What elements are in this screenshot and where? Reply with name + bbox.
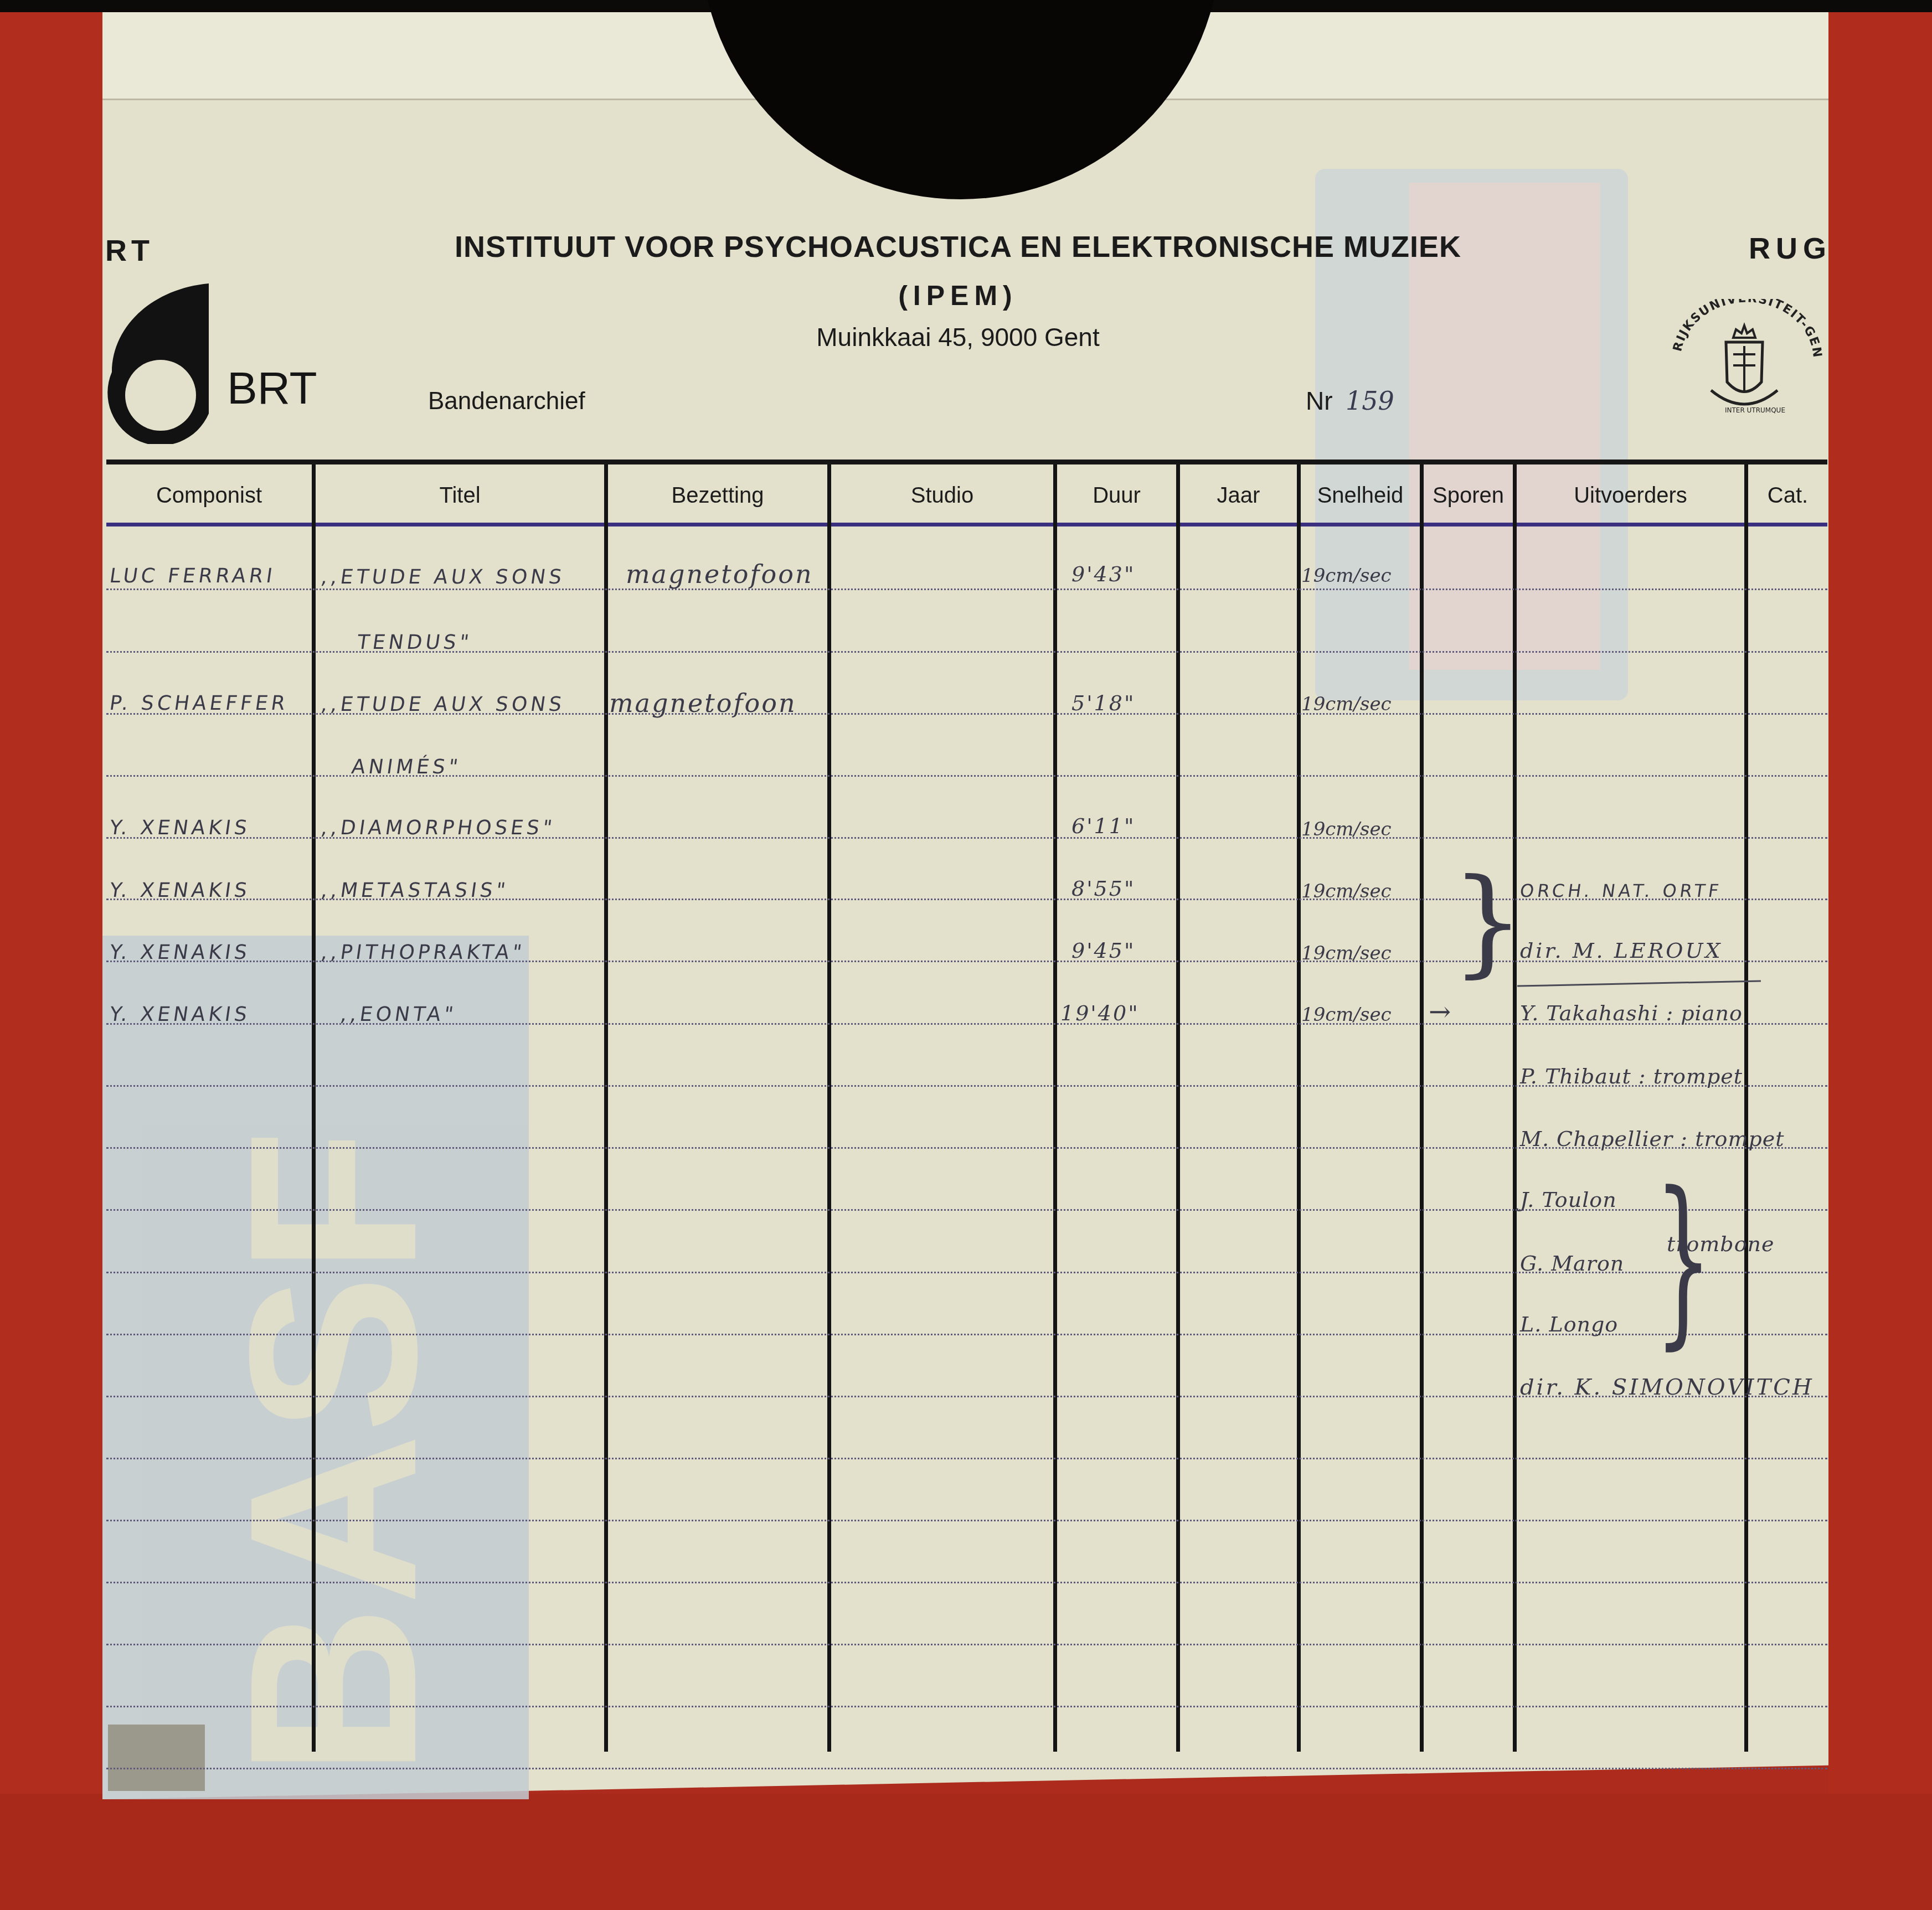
cell-componist: LUC FERRARI	[108, 565, 277, 587]
cell-snelheid: 19cm/sec	[1301, 693, 1392, 715]
column-header-sporen: Sporen	[1424, 483, 1513, 508]
box-edge-left	[0, 0, 102, 1910]
cell-titel: ,,ETUDE AUX SONS	[320, 693, 566, 716]
cell-titel: ,,DIAMORPHOSES"	[320, 817, 557, 839]
cell-uitvoerders: dir. K. SIMONOVITCH	[1520, 1375, 1814, 1400]
cell-snelheid: 19cm/sec	[1301, 818, 1392, 840]
cell-duur: 6'11"	[1071, 814, 1135, 838]
cell-uitvoerders: M. Chapellier : trompet	[1520, 1127, 1785, 1151]
ruled-line	[106, 1706, 1827, 1707]
column-header-componist: Componist	[106, 483, 312, 508]
ruled-line	[106, 1644, 1827, 1645]
cell-titel: TENDUS"	[356, 631, 473, 654]
cell-duur: 9'43"	[1071, 562, 1135, 586]
trombone-brace: }	[1654, 1168, 1712, 1351]
column-header-snelheid: Snelheid	[1301, 483, 1420, 508]
column-divider	[1176, 464, 1180, 1752]
ruled-line	[106, 1520, 1827, 1521]
ruled-line	[106, 1458, 1827, 1459]
cell-uitvoerders: P. Thibaut : trompet	[1520, 1064, 1743, 1088]
cell-titel: ,,ETUDE AUX SONS	[320, 566, 566, 589]
cell-snelheid: 19cm/sec	[1301, 565, 1392, 587]
cell-snelheid: 19cm/sec	[1301, 1004, 1392, 1026]
tape-stain	[108, 1725, 205, 1791]
cell-bezetting: magnetofoon	[609, 688, 797, 718]
cell-duur: 19'40"	[1060, 1001, 1140, 1025]
institute-abbreviation: (IPEM)	[764, 280, 1152, 312]
cell-titel: ,,METASTASIS"	[320, 879, 510, 902]
cell-duur: 5'18"	[1071, 691, 1135, 715]
column-divider	[1744, 464, 1748, 1752]
arrow: →	[1429, 997, 1452, 1028]
cell-uitvoerders: Y. Takahashi : piano	[1520, 1001, 1743, 1025]
column-header-uitvoerders: Uitvoerders	[1517, 483, 1744, 508]
cell-componist: Y. XENAKIS	[108, 879, 251, 902]
brt-logo-icon	[106, 283, 212, 444]
column-divider	[1053, 464, 1057, 1752]
cell-uitvoerders: ORCH. NAT. ORTF	[1518, 880, 1723, 901]
column-header-cat: Cat.	[1748, 483, 1827, 508]
cell-snelheid: 19cm/sec	[1301, 880, 1392, 902]
ghost-brand-text: BASF	[197, 1129, 470, 1777]
cell-uitvoerders: G. Maron	[1520, 1251, 1624, 1276]
column-divider	[1297, 464, 1301, 1752]
column-divider	[312, 464, 316, 1752]
university-seal-icon: RIJKSUNIVERSITEIT-GENT INTER UTRUMQUE	[1664, 299, 1825, 426]
cell-titel: ANIMÉS"	[350, 756, 462, 778]
trombone-label: trombone	[1667, 1232, 1775, 1256]
corner-label-right: RUG	[1749, 231, 1832, 266]
ghost-brand-panel: BASF	[102, 936, 529, 1799]
broadcaster-name: BRT	[227, 363, 317, 415]
table-header-rule	[106, 460, 1827, 464]
column-divider	[1513, 464, 1517, 1752]
column-divider	[827, 464, 831, 1752]
svg-text:INTER UTRUMQUE: INTER UTRUMQUE	[1725, 406, 1785, 414]
column-header-studio: Studio	[831, 483, 1053, 508]
number-value: 159	[1346, 386, 1394, 416]
group-brace: }	[1451, 864, 1525, 980]
column-header-jaar: Jaar	[1180, 483, 1297, 508]
cell-duur: 8'55"	[1071, 876, 1135, 901]
ruled-line	[106, 1768, 1827, 1769]
cell-bezetting: magnetofoon	[626, 559, 813, 589]
cell-uitvoerders: L. Longo	[1520, 1312, 1618, 1336]
box-bottom-flap	[0, 1794, 1932, 1910]
cell-titel: ,,EONTA"	[339, 1003, 458, 1026]
cell-snelheid: 19cm/sec	[1301, 942, 1392, 964]
number-label: Nr	[1306, 386, 1333, 416]
column-header-titel: Titel	[316, 483, 604, 508]
cell-componist: Y. XENAKIS	[108, 1003, 251, 1026]
column-divider	[1420, 464, 1424, 1752]
cell-componist: P. SCHAEFFER	[108, 692, 290, 715]
table-header-underline	[106, 523, 1827, 526]
cell-titel: ,,PITHOPRAKTA"	[320, 941, 526, 964]
cell-uitvoerders: dir. M. LEROUX	[1520, 938, 1723, 963]
cell-uitvoerders: J. Toulon	[1520, 1188, 1617, 1212]
column-header-bezetting: Bezetting	[608, 483, 827, 508]
ruled-line	[106, 1582, 1827, 1583]
institute-title: INSTITUUT VOOR PSYCHOACUSTICA EN ELEKTRO…	[388, 230, 1528, 264]
ruled-line	[106, 589, 1827, 590]
institute-address: Muinkkaai 45, 9000 Gent	[709, 322, 1207, 352]
box-edge-right	[1828, 0, 1932, 1910]
cell-componist: Y. XENAKIS	[108, 817, 251, 839]
corner-label-left: RT	[105, 234, 154, 268]
cell-componist: Y. XENAKIS	[108, 941, 251, 964]
column-header-duur: Duur	[1057, 483, 1176, 508]
cell-duur: 9'45"	[1071, 938, 1135, 963]
column-divider	[604, 464, 608, 1752]
archive-label: Bandenarchief	[428, 388, 585, 415]
